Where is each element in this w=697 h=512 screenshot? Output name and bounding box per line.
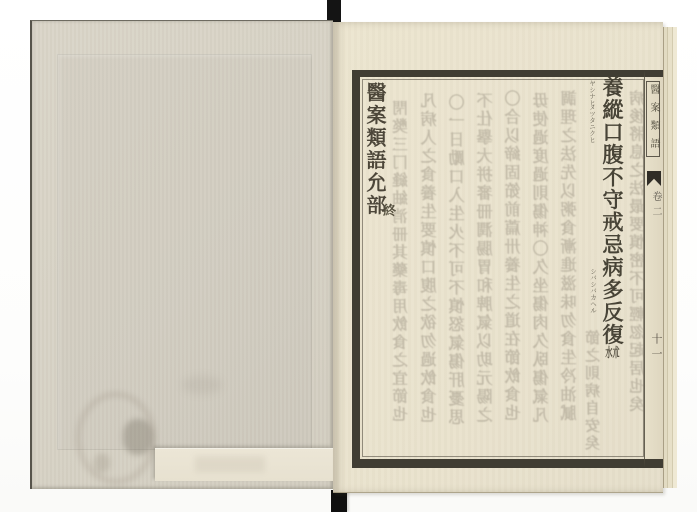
left-page (30, 20, 333, 489)
hashira-strip: 醫案類語 卷二 十一 (644, 70, 663, 468)
end-mark: 終 (383, 200, 396, 219)
left-page-embossed-panel (57, 54, 312, 450)
page-stack-fore-edge (663, 27, 677, 488)
main-text-column: 養縱口腹不守戒忌病多反復水朮 (594, 76, 628, 376)
main-text: 養縱口腹不守戒忌病多反復 (600, 76, 624, 346)
inline-small-note: 水朮 (605, 346, 620, 359)
ink-smudge (94, 453, 110, 473)
furigana-gloss: メツタニクヒ (587, 104, 595, 143)
slip-stain (195, 456, 265, 472)
paper-slip (155, 448, 333, 481)
book-photo: 醫案類語 卷二 十一 養縱口腹不守戒忌病多反復水朮 ヤシナヒ メツタニクヒ シバ… (0, 0, 697, 512)
furigana-gloss: ヤシナヒ (587, 80, 595, 106)
ink-smudge (182, 376, 222, 394)
hashira-volume-label: 卷二 (648, 191, 663, 221)
furigana-gloss: シバシバカヘル (588, 268, 596, 314)
fishtail-mark-icon (647, 171, 661, 186)
binding-strap-bottom (331, 490, 347, 512)
ink-smudge (123, 419, 153, 455)
hashira-page-number: 十一 (648, 333, 663, 363)
hashira-book-title: 醫案類語 (646, 81, 660, 157)
